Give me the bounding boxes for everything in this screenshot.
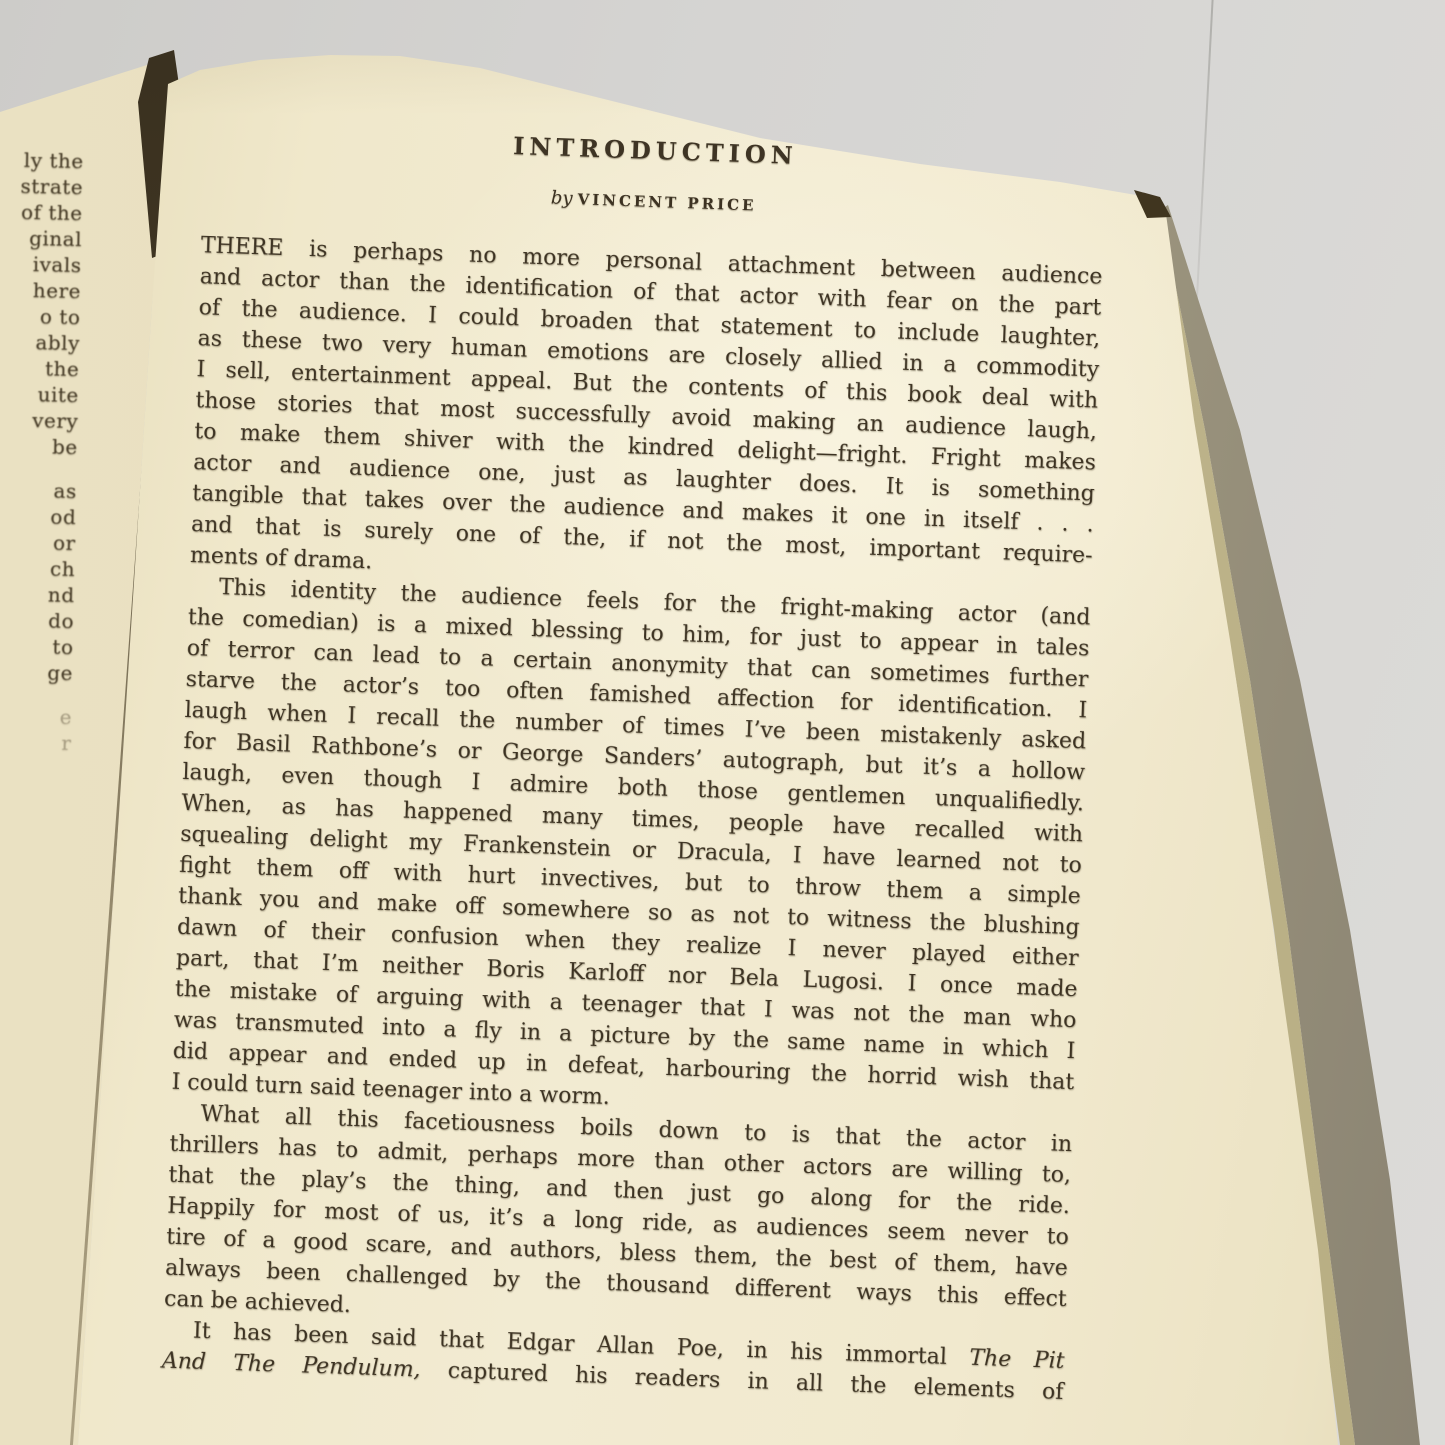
text-fragment: ly the bbox=[0, 146, 84, 174]
text-fragment: ginal bbox=[0, 224, 82, 252]
text-fragment: ge bbox=[0, 658, 73, 686]
text-fragment: e bbox=[0, 702, 72, 730]
text-fragment: ch bbox=[0, 554, 75, 582]
fragment-gap bbox=[0, 458, 77, 478]
page-text: INTRODUCTION by VINCENT PRICE THERE is p… bbox=[161, 120, 1106, 1408]
text-fragment: od bbox=[0, 502, 77, 530]
text-fragment: be bbox=[0, 432, 78, 460]
backdrop-thread bbox=[1196, 0, 1214, 302]
text-fragment: o to bbox=[0, 302, 81, 330]
text-fragment: to bbox=[0, 632, 74, 660]
byline: by VINCENT PRICE bbox=[203, 175, 1105, 227]
text-fragment: as bbox=[0, 476, 77, 504]
text-fragment: r bbox=[0, 728, 72, 756]
byline-prefix: by bbox=[551, 187, 573, 209]
text-fragment: here bbox=[0, 276, 81, 304]
byline-name: VINCENT PRICE bbox=[577, 190, 756, 214]
text-fragment: ivals bbox=[0, 250, 82, 278]
text-fragment: nd bbox=[0, 580, 75, 608]
fragment-gap bbox=[0, 684, 73, 704]
text-fragment: strate bbox=[0, 172, 83, 200]
text-fragment: very bbox=[0, 406, 79, 434]
book-photo: ly thestrateof theginalivalshereo toably… bbox=[0, 0, 1445, 1445]
text-fragment: do bbox=[0, 606, 74, 634]
body-text: THERE is perhaps no more personal attach… bbox=[161, 230, 1102, 1408]
text-fragment: uite bbox=[0, 380, 79, 408]
text-fragment: ably bbox=[0, 328, 80, 356]
text-fragment: the bbox=[0, 354, 80, 382]
text-fragment: or bbox=[0, 528, 76, 556]
left-page-text-fragments: ly thestrateof theginalivalshereo toably… bbox=[0, 146, 84, 756]
text-fragment: of the bbox=[0, 198, 83, 226]
